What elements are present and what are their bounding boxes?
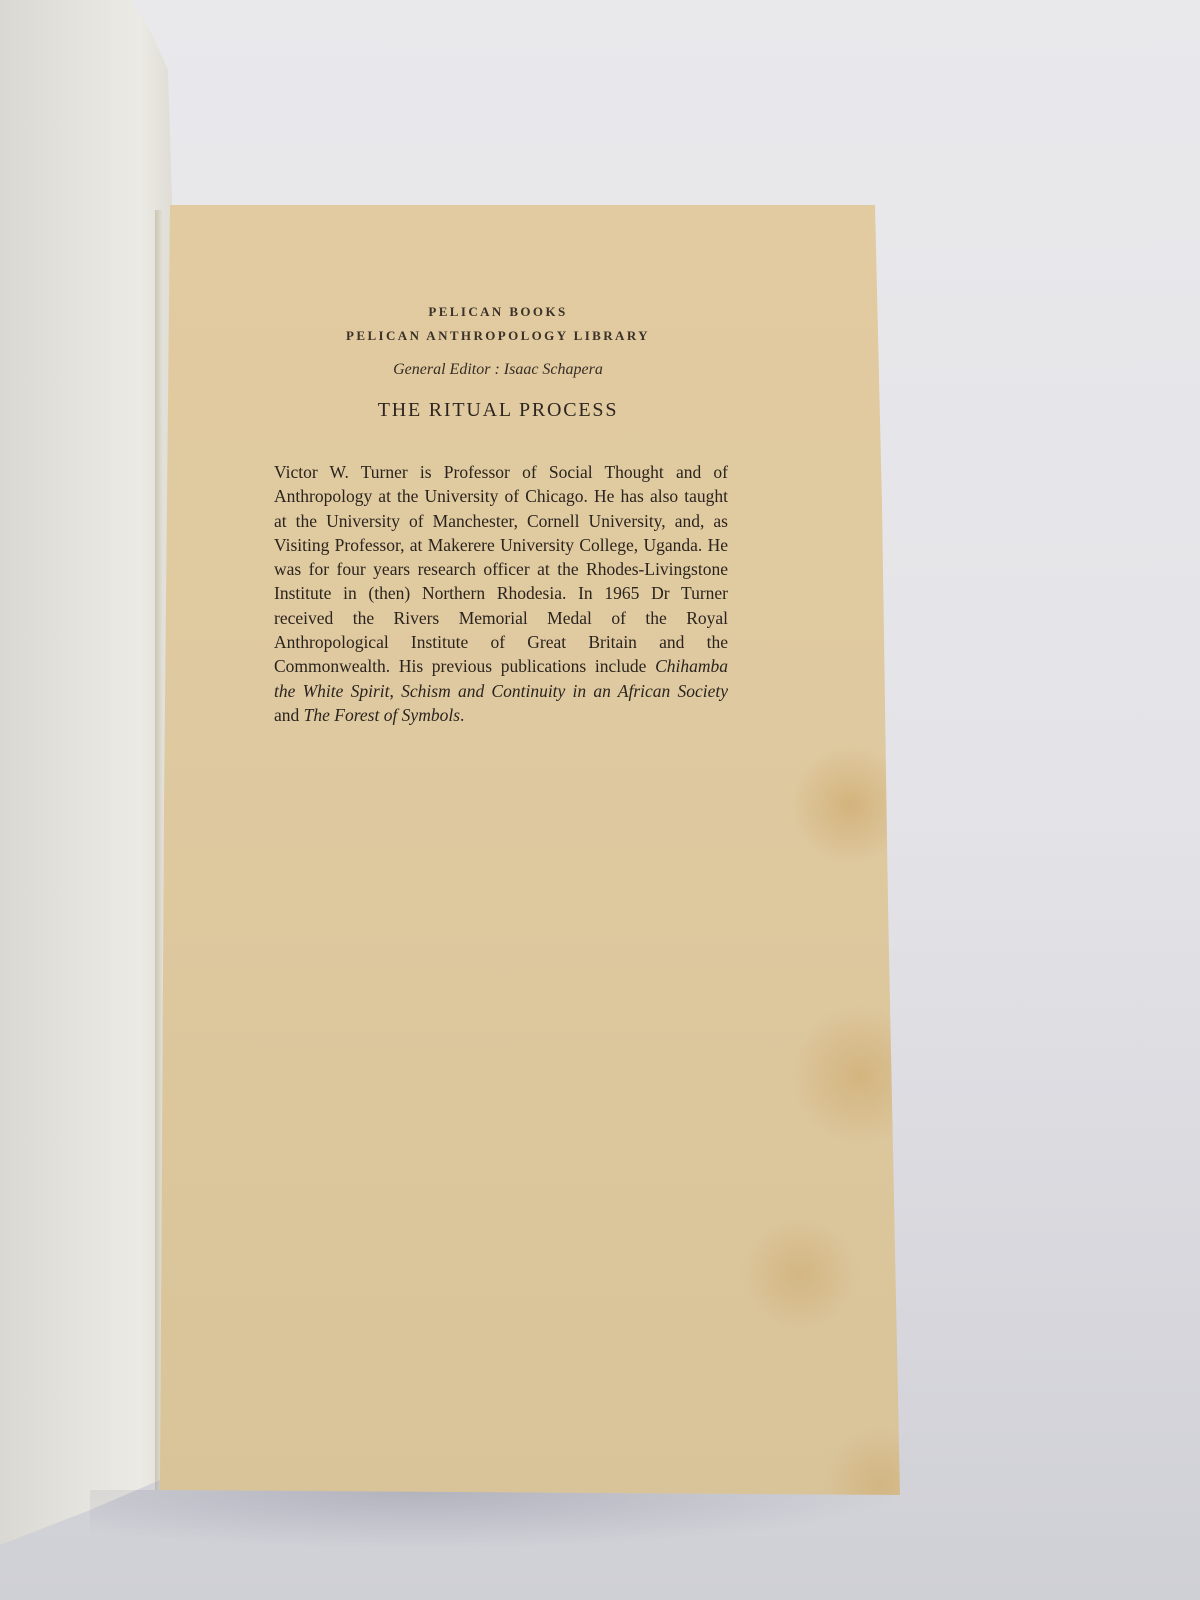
book-shadow: [90, 1490, 910, 1550]
author-biography: Victor W. Turner is Professor of Social …: [268, 460, 728, 727]
page-text-block: PELICAN BOOKS PELICAN ANTHROPOLOGY LIBRA…: [268, 300, 728, 727]
bio-separator: ,: [390, 681, 402, 701]
left-page-blank: [0, 0, 175, 1560]
work-title-forest: The Forest of Symbols: [304, 705, 460, 725]
book-title: THE RITUAL PROCESS: [268, 398, 728, 422]
publisher-name: PELICAN BOOKS: [268, 300, 728, 324]
bio-text: Victor W. Turner is Professor of Social …: [274, 462, 728, 676]
series-name: PELICAN ANTHROPOLOGY LIBRARY: [268, 324, 728, 348]
work-title-schism: Schism and Continuity in an African Soci…: [401, 681, 728, 701]
bio-end: .: [460, 705, 464, 725]
general-editor-line: General Editor : Isaac Schapera: [268, 360, 728, 380]
bio-separator: and: [274, 705, 304, 725]
